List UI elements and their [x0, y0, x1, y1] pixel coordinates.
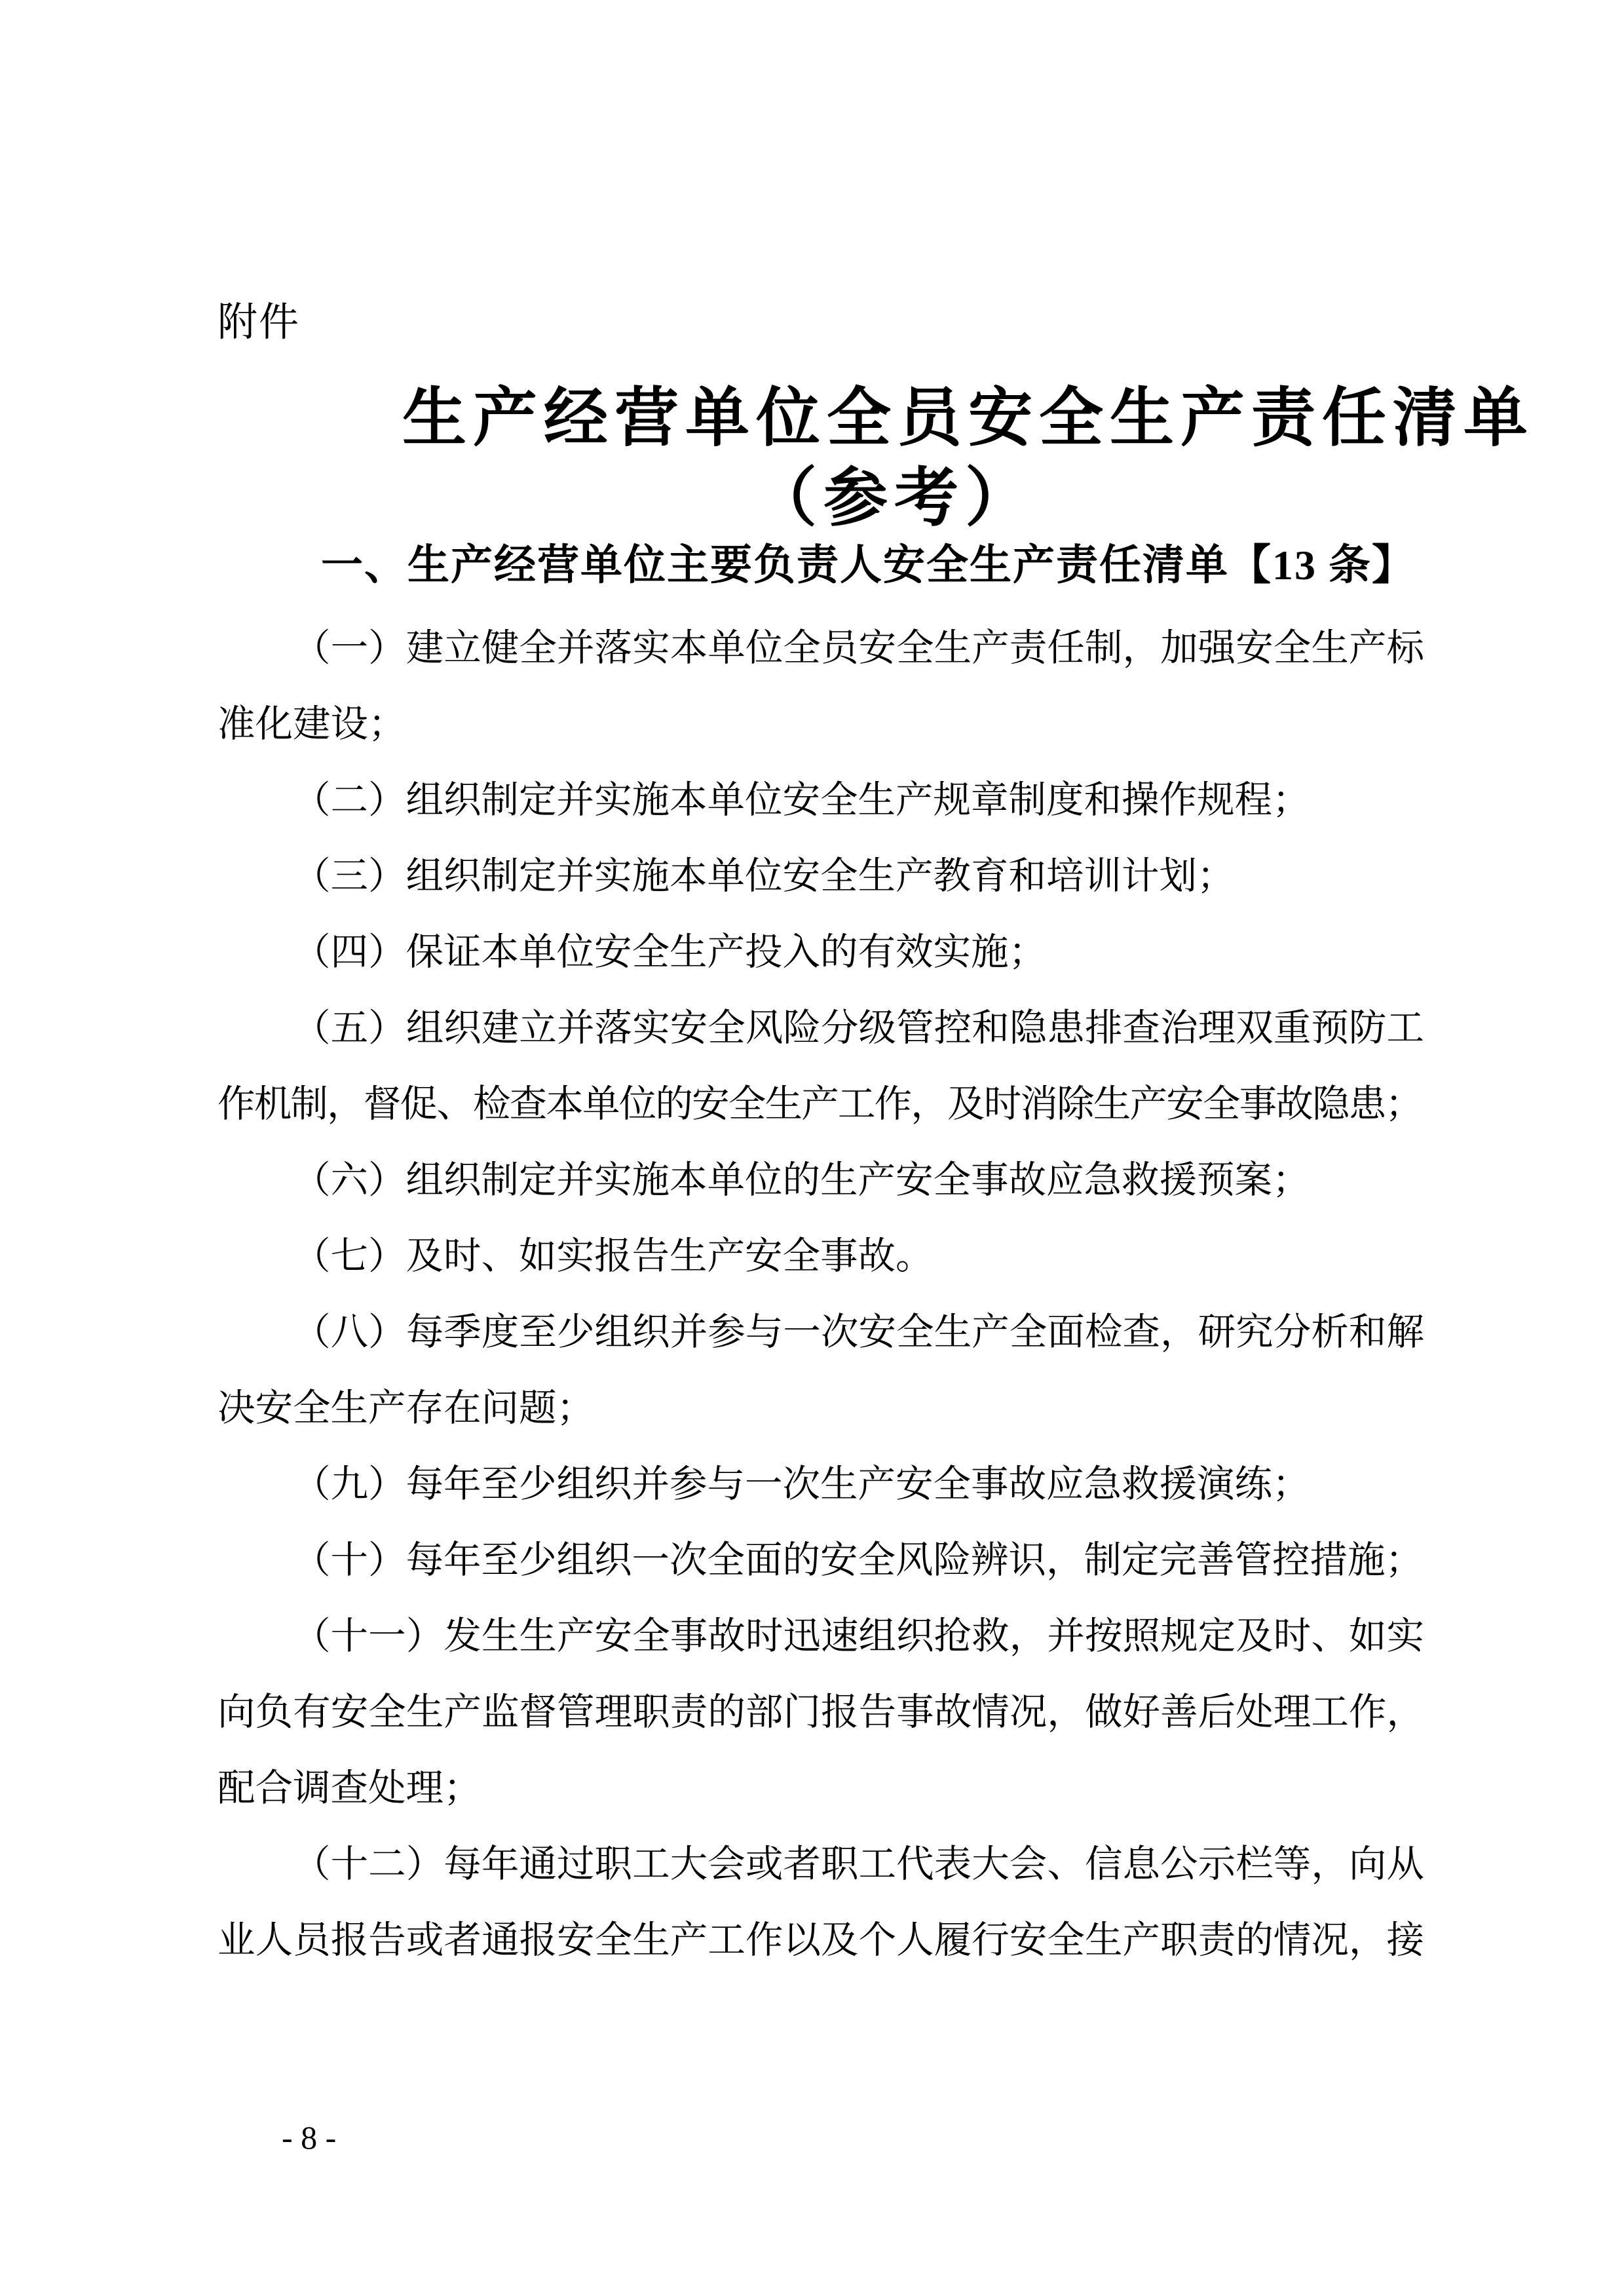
- body-line: （六）组织制定并实施本单位的生产安全事故应急救援预案；: [217, 1143, 1424, 1219]
- document-title-block: 生产经营单位全员安全生产责任清单 （参考）: [402, 379, 1386, 539]
- body-line: （十二）每年通过职工大会或者职工代表大会、信息公示栏等，向从: [217, 1827, 1424, 1903]
- body-line: （四）保证本单位安全生产投入的有效实施；: [217, 915, 1424, 991]
- document-subtitle: （参考）: [402, 459, 1386, 539]
- document-page: 附件 生产经营单位全员安全生产责任清单 （参考） 一、生产经营单位主要负责人安全…: [0, 0, 1624, 2296]
- page-number: - 8 -: [282, 2118, 336, 2157]
- document-title: 生产经营单位全员安全生产责任清单: [402, 379, 1386, 459]
- body-line: 配合调查处理；: [217, 1751, 1424, 1827]
- body-text: （一）建立健全并落实本单位全员安全生产责任制，加强安全生产标准化建设；（二）组织…: [217, 611, 1424, 1979]
- body-line: （八）每季度至少组织并参与一次安全生产全面检查，研究分析和解: [217, 1295, 1424, 1371]
- body-line: 决安全生产存在问题；: [217, 1371, 1424, 1447]
- section-heading: 一、生产经营单位主要负责人安全生产责任清单【13 条】: [217, 540, 1424, 591]
- body-line: 作机制，督促、检查本单位的安全生产工作，及时消除生产安全事故隐患；: [217, 1067, 1424, 1143]
- body-line: （一）建立健全并落实本单位全员安全生产责任制，加强安全生产标: [217, 611, 1424, 687]
- body-line: （三）组织制定并实施本单位安全生产教育和培训计划；: [217, 839, 1424, 915]
- body-line: （二）组织制定并实施本单位安全生产规章制度和操作规程；: [217, 763, 1424, 839]
- body-line: 向负有安全生产监督管理职责的部门报告事故情况，做好善后处理工作，: [217, 1675, 1424, 1751]
- body-line: 业人员报告或者通报安全生产工作以及个人履行安全生产职责的情况，接: [217, 1903, 1424, 1979]
- body-line: （九）每年至少组织并参与一次生产安全事故应急救援演练；: [217, 1447, 1424, 1523]
- body-line: 准化建设；: [217, 687, 1424, 763]
- body-line: （十一）发生生产安全事故时迅速组织抢救，并按照规定及时、如实: [217, 1599, 1424, 1675]
- body-line: （五）组织建立并落实安全风险分级管控和隐患排查治理双重预防工: [217, 991, 1424, 1067]
- attachment-label: 附件: [217, 300, 300, 346]
- body-line: （十）每年至少组织一次全面的安全风险辨识，制定完善管控措施；: [217, 1523, 1424, 1599]
- body-line: （七）及时、如实报告生产安全事故。: [217, 1219, 1424, 1295]
